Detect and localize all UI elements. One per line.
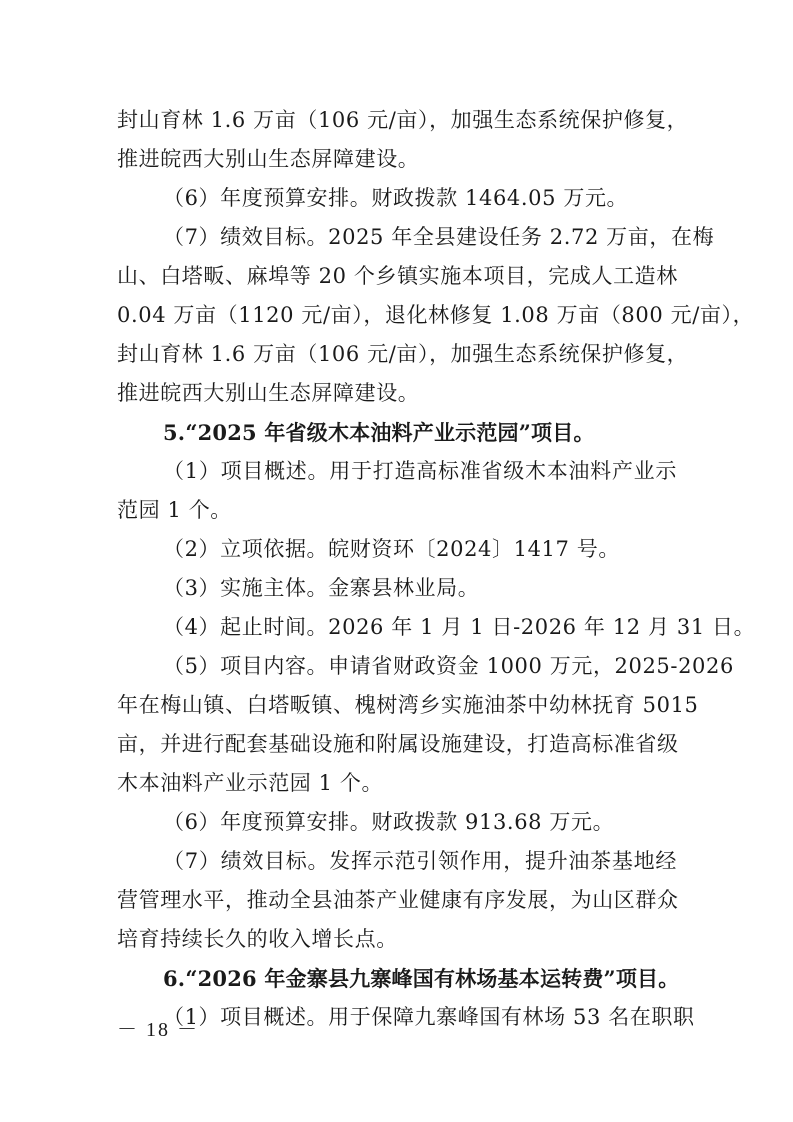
text-line: （2）立项依据。皖财资环〔2024〕1417 号。 [117, 530, 677, 569]
text-line: （3）实施主体。金寨县林业局。 [117, 569, 677, 608]
text-line: 山、白塔畈、麻埠等 20 个乡镇实施本项目，完成人工造林 [117, 257, 677, 296]
text-line: （7）绩效目标。发挥示范引领作用，提升油茶基地经 [117, 842, 677, 881]
text-line: （4）起止时间。2026 年 1 月 1 日-2026 年 12 月 31 日。 [117, 608, 677, 647]
text-line: （1）项目概述。用于打造高标准省级木本油料产业示 [117, 452, 677, 491]
text-line: 推进皖西大别山生态屏障建设。 [117, 374, 677, 413]
text-line: （1）项目概述。用于保障九寨峰国有林场 53 名在职职 [117, 998, 677, 1037]
text-line: 营管理水平，推动全县油茶产业健康有序发展，为山区群众 [117, 881, 677, 920]
text-line: 培育持续长久的收入增长点。 [117, 920, 677, 959]
text-line: 木本油料产业示范园 1 个。 [117, 764, 677, 803]
text-line: 亩，并进行配套基础设施和附属设施建设，打造高标准省级 [117, 725, 677, 764]
text-line: 0.04 万亩（1120 元/亩），退化林修复 1.08 万亩（800 元/亩）… [117, 296, 677, 335]
text-line: 年在梅山镇、白塔畈镇、槐树湾乡实施油茶中幼林抚育 5015 [117, 686, 677, 725]
text-line: 封山育林 1.6 万亩（106 元/亩），加强生态系统保护修复， [117, 335, 677, 374]
text-line: （7）绩效目标。2025 年全县建设任务 2.72 万亩，在梅 [117, 218, 677, 257]
section-heading: 6.“2026 年金寨县九寨峰国有林场基本运转费”项目。 [117, 959, 677, 998]
text-line: 推进皖西大别山生态屏障建设。 [117, 140, 677, 179]
text-line: （5）项目内容。申请省财政资金 1000 万元，2025-2026 [117, 647, 677, 686]
text-line: （6）年度预算安排。财政拨款 913.68 万元。 [117, 803, 677, 842]
page-number: － 18 － [117, 1013, 199, 1042]
section-heading: 5.“2025 年省级木本油料产业示范园”项目。 [117, 413, 677, 452]
text-line: 范园 1 个。 [117, 491, 677, 530]
document-body: 封山育林 1.6 万亩（106 元/亩），加强生态系统保护修复，推进皖西大别山生… [117, 101, 677, 1037]
text-line: （6）年度预算安排。财政拨款 1464.05 万元。 [117, 179, 677, 218]
text-line: 封山育林 1.6 万亩（106 元/亩），加强生态系统保护修复， [117, 101, 677, 140]
